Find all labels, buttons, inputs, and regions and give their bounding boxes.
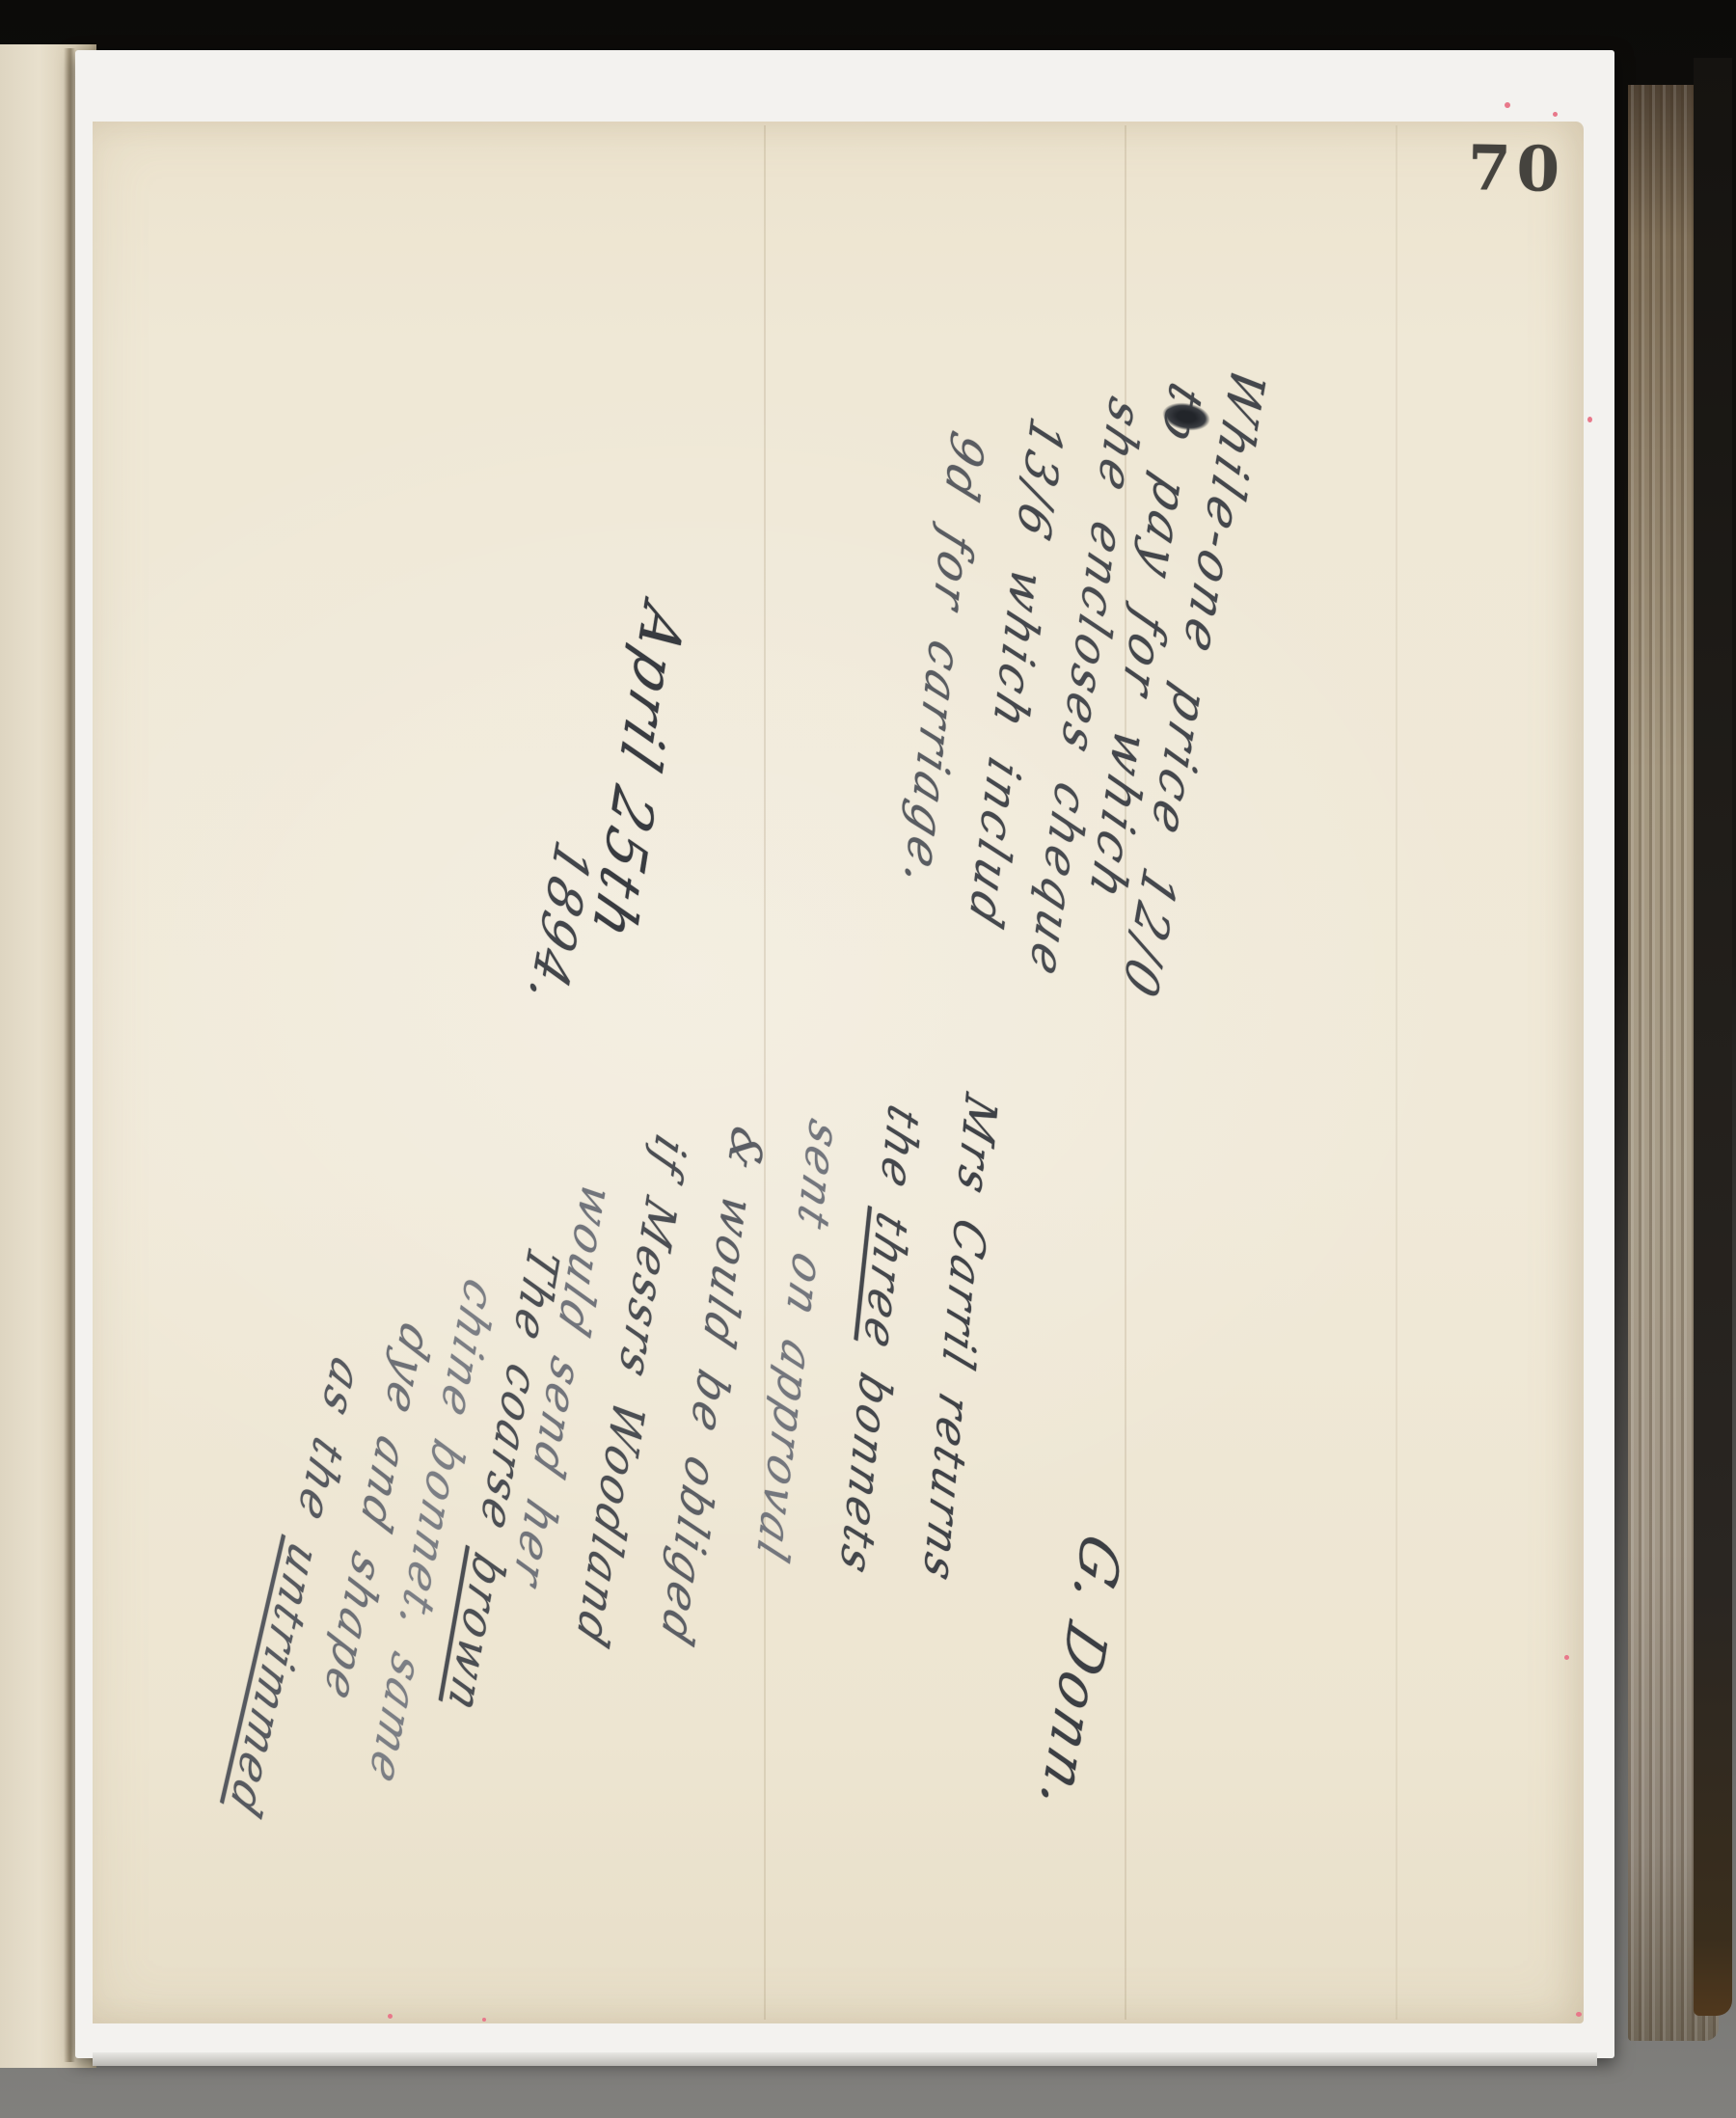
pink-edge-speck — [1553, 112, 1558, 117]
manuscript-page — [93, 122, 1584, 2023]
binding-gutter-seam — [64, 48, 75, 2062]
book-cover-edge — [1694, 58, 1732, 2016]
paper-crease — [1396, 125, 1397, 2020]
pink-edge-speck — [388, 2014, 393, 2019]
scanned-ledger-photo: 70 While-one price 12/0 to pay for which… — [0, 0, 1736, 2118]
pink-edge-speck — [1505, 102, 1510, 108]
pink-edge-speck — [1587, 417, 1592, 422]
pink-edge-speck — [482, 2018, 486, 2022]
pink-edge-speck — [1564, 1655, 1569, 1660]
pink-edge-speck — [1576, 2012, 1582, 2017]
page-number-stamp: 70 — [1467, 132, 1565, 206]
paper-crease — [764, 125, 766, 2020]
page-bottom-edge — [93, 2052, 1597, 2066]
